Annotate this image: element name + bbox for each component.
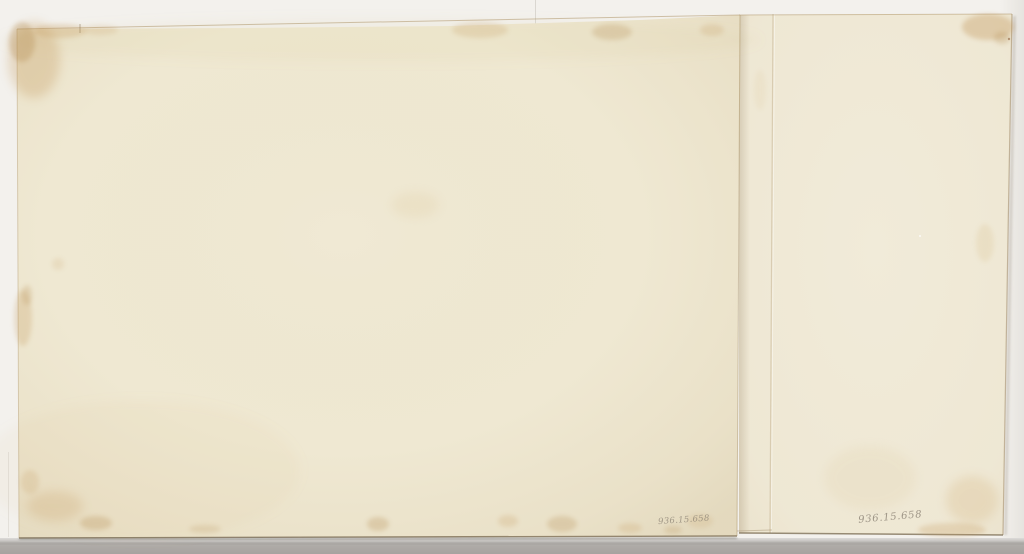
stain xyxy=(22,285,32,305)
stain xyxy=(754,70,766,110)
scanned-paper-verso: 936.15.658 936.15.658 xyxy=(0,0,1024,554)
table-edge-band-shade xyxy=(0,538,1024,554)
scan-stage: 936.15.658 936.15.658 xyxy=(0,0,1024,554)
stain xyxy=(9,22,35,62)
speck xyxy=(919,235,921,237)
stain xyxy=(21,470,39,494)
fold-shadow xyxy=(739,15,750,533)
stain xyxy=(189,525,221,533)
stain xyxy=(547,516,577,532)
stain xyxy=(592,24,632,40)
stain xyxy=(391,192,439,218)
stain xyxy=(664,526,682,534)
stain xyxy=(994,32,1010,44)
paper-sheet xyxy=(0,15,772,540)
speck xyxy=(1008,38,1010,40)
stain xyxy=(80,516,112,530)
stain xyxy=(452,22,508,38)
stain xyxy=(918,523,986,537)
stain xyxy=(618,523,642,533)
stain xyxy=(824,446,916,510)
stain xyxy=(34,24,86,38)
stain xyxy=(27,491,83,521)
stain xyxy=(52,258,64,270)
stain xyxy=(82,25,118,35)
stain xyxy=(700,24,724,36)
stain xyxy=(946,476,998,524)
paper-tone-patch xyxy=(0,18,760,62)
stain xyxy=(367,517,389,531)
stain xyxy=(498,515,518,527)
stain xyxy=(976,224,994,262)
